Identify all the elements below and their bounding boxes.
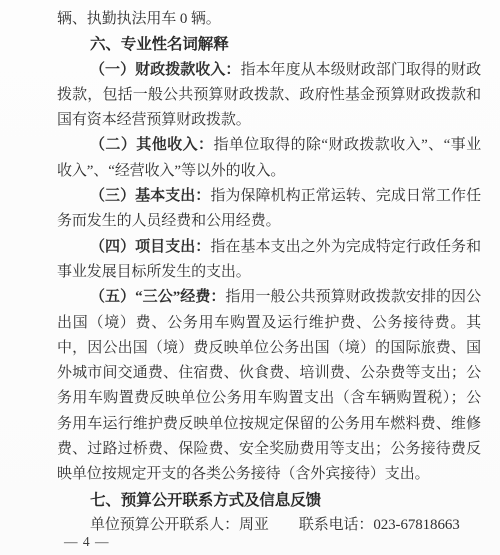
term-label-5: （五）“三公”经费： (90, 289, 225, 305)
term-label-4: （四）项目支出： (90, 239, 210, 255)
contact-person-name: 周亚 (239, 517, 269, 533)
term-label-2: （二）其他收入： (90, 137, 213, 153)
term-paragraph-4: （四）项目支出：指在基本支出之外为完成特定行政任务和事业发展目标所发生的支出。 (57, 235, 481, 286)
document-text-block: 辆、执勤执法用车 0 辆。 六、专业性名词解释 （一）财政拨款收入：指本年度从本… (57, 7, 481, 538)
contact-person-label: 单位预算公开联系人： (90, 517, 239, 533)
term-paragraph-1: （一）财政拨款收入：指本年度从本级财政部门取得的财政拨款，包括一般公共预算财政拨… (57, 58, 481, 134)
section-heading-6: 六、专业性名词解释 (57, 32, 481, 57)
contact-line: 单位预算公开联系人：周亚联系电话：023-67818663 (57, 513, 481, 538)
contact-phone-number: 023-67818663 (373, 517, 459, 533)
term-label-3: （三）基本支出： (90, 188, 210, 204)
term-definition-5: 指用一般公共预算财政拨款安排的因公出国（境）费、公务用车购置及运行维护费、公务接… (57, 289, 481, 482)
document-page: 辆、执勤执法用车 0 辆。 六、专业性名词解释 （一）财政拨款收入：指本年度从本… (0, 0, 500, 555)
term-paragraph-3: （三）基本支出：指为保障机构正常运转、完成日常工作任务而发生的人员经费和公用经费… (57, 184, 481, 235)
term-paragraph-5: （五）“三公”经费：指用一般公共预算财政拨款安排的因公出国（境）费、公务用车购置… (57, 285, 481, 487)
paragraph-vehicle-continuation: 辆、执勤执法用车 0 辆。 (57, 7, 481, 32)
page-number: — 4 — (64, 534, 110, 550)
section-heading-7: 七、预算公开联系方式及信息反馈 (57, 488, 481, 513)
term-paragraph-2: （二）其他收入：指单位取得的除“财政拨款收入”、“事业收入”、“经营收入”等以外… (57, 133, 481, 184)
term-label-1: （一）财政拨款收入： (90, 62, 240, 78)
contact-phone-label: 联系电话： (299, 517, 374, 533)
